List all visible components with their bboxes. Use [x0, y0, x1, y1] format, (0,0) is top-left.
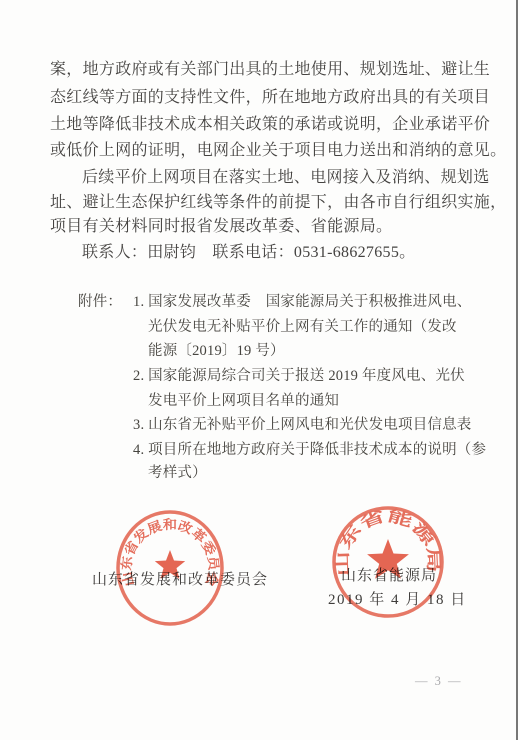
seal-arc-text: 山东省能源局: [334, 506, 443, 577]
body-line: 态红线等方面的支持性文件，所在地地方政府出具的有关项目: [50, 88, 490, 108]
document-page: 案，地方政府或有关部门出具的土地使用、规划选址、避让生 态红线等方面的支持性文件…: [0, 0, 520, 740]
body-line: 或低价上网的证明，电网企业关于项目电力送出和消纳的意见。: [50, 141, 506, 161]
body-line: 址、避让生态保护红线等条件的前提下，由各市自行组织实施，: [50, 193, 506, 213]
body-line: 联系人：田尉钧 联系电话：0531-68627655。: [82, 243, 415, 263]
issue-date: 2019 年 4 月 18 日: [328, 591, 467, 610]
body-line: 后续平价上网项目在落实土地、电网接入及消纳、规划选: [82, 168, 490, 188]
attachment-line: 4. 项目所在地地方政府关于降低非技术成本的说明（参: [133, 441, 486, 459]
attachment-line: 光伏发电无补贴平价上网有关工作的通知（发改: [148, 318, 457, 336]
left-org-signature: 山东省发展和改革委员会: [92, 571, 268, 590]
attachment-line: 2. 国家能源局综合司关于报送 2019 年度风电、光伏: [133, 367, 465, 385]
body-line: 案，地方政府或有关部门出具的土地使用、规划选址、避让生: [50, 60, 490, 80]
attachment-label: 附件：: [78, 293, 122, 311]
seal-ring: [118, 512, 222, 624]
attachment-line: 考样式）: [148, 464, 207, 482]
attachment-line: 能源〔2019〕19 号）: [148, 342, 285, 360]
body-line: 项目有关材料同时报省发展改革委、省能源局。: [50, 217, 392, 237]
left-seal: 山东省发展和改革委员会: [108, 503, 232, 633]
page-number: — 3 —: [415, 674, 463, 689]
attachment-line: 发电平价上网项目名单的通知: [148, 392, 339, 410]
right-org-signature: 山东省能源局: [341, 567, 437, 586]
attachment-line: 1. 国家发展改革委 国家能源局关于积极推进风电、: [133, 293, 472, 311]
body-line: 土地等降低非技术成本相关政策的承诺或说明，企业承诺平价: [50, 115, 490, 135]
attachment-line: 3. 山东省无补贴平价上网风电和光伏发电项目信息表: [133, 416, 472, 434]
scan-edge-line: [516, 0, 518, 740]
